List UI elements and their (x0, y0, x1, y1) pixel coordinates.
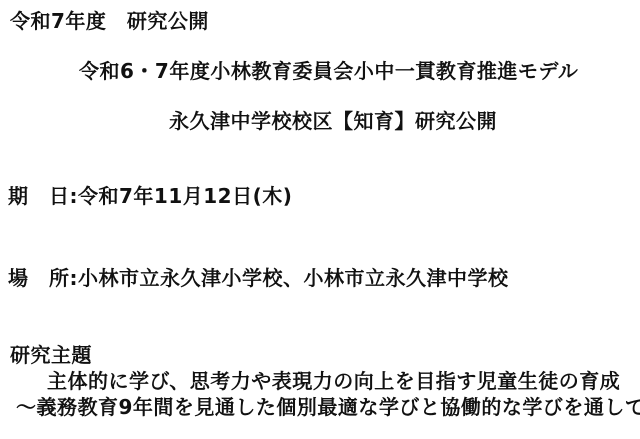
research-theme-heading: 研究主題 (10, 343, 92, 367)
date-line: 期 日:令和7年11月12日(木) (8, 184, 292, 208)
research-theme-subtitle: ～義務教育9年間を見通した個別最適な学びと協働的な学びを通して～ (16, 395, 640, 419)
fiscal-year-header: 令和7年度 研究公開 (10, 9, 209, 33)
event-title: 永久津中学校校区【知育】研究公開 (169, 109, 497, 133)
research-theme-main: 主体的に学び、思考力や表現力の向上を目指す児童生徒の育成 (47, 369, 620, 393)
document-page: 令和7年度 研究公開 令和6・7年度小林教育委員会小中一貫教育推進モデル 永久津… (0, 0, 640, 439)
model-title: 令和6・7年度小林教育委員会小中一貫教育推進モデル (79, 59, 578, 83)
place-line: 場 所:小林市立永久津小学校、小林市立永久津中学校 (8, 266, 509, 290)
